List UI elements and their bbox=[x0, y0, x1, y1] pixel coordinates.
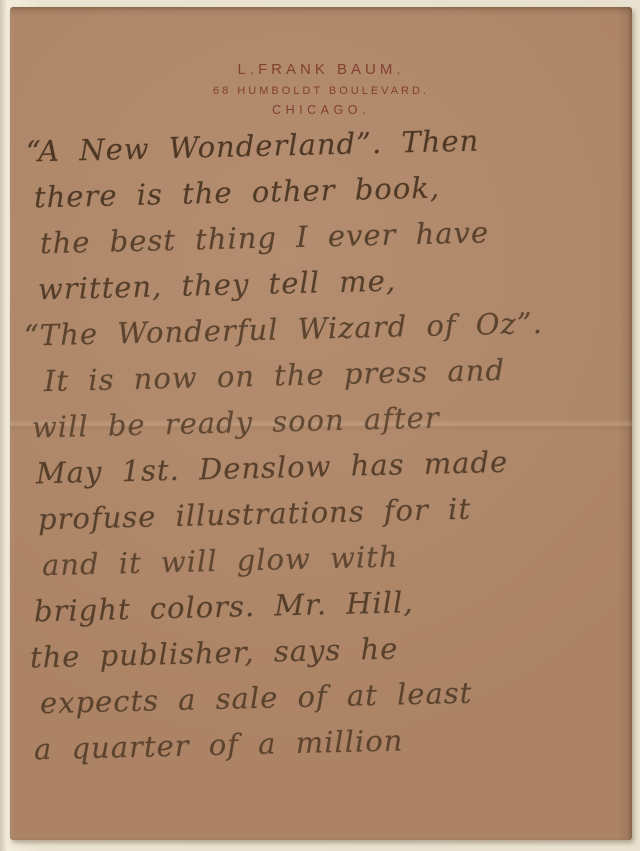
letterhead-city: CHICAGO. bbox=[10, 103, 632, 117]
letterhead: L.FRANK BAUM. 68 HUMBOLDT BOULEVARD. CHI… bbox=[10, 61, 632, 117]
letter-body: “A New Wonderland”. Then there is the ot… bbox=[10, 129, 628, 773]
letter-paper: L.FRANK BAUM. 68 HUMBOLDT BOULEVARD. CHI… bbox=[10, 7, 632, 840]
scanned-letter: L.FRANK BAUM. 68 HUMBOLDT BOULEVARD. CHI… bbox=[0, 0, 640, 851]
letterhead-name: L.FRANK BAUM. bbox=[10, 61, 632, 78]
letterhead-address: 68 HUMBOLDT BOULEVARD. bbox=[10, 85, 632, 97]
